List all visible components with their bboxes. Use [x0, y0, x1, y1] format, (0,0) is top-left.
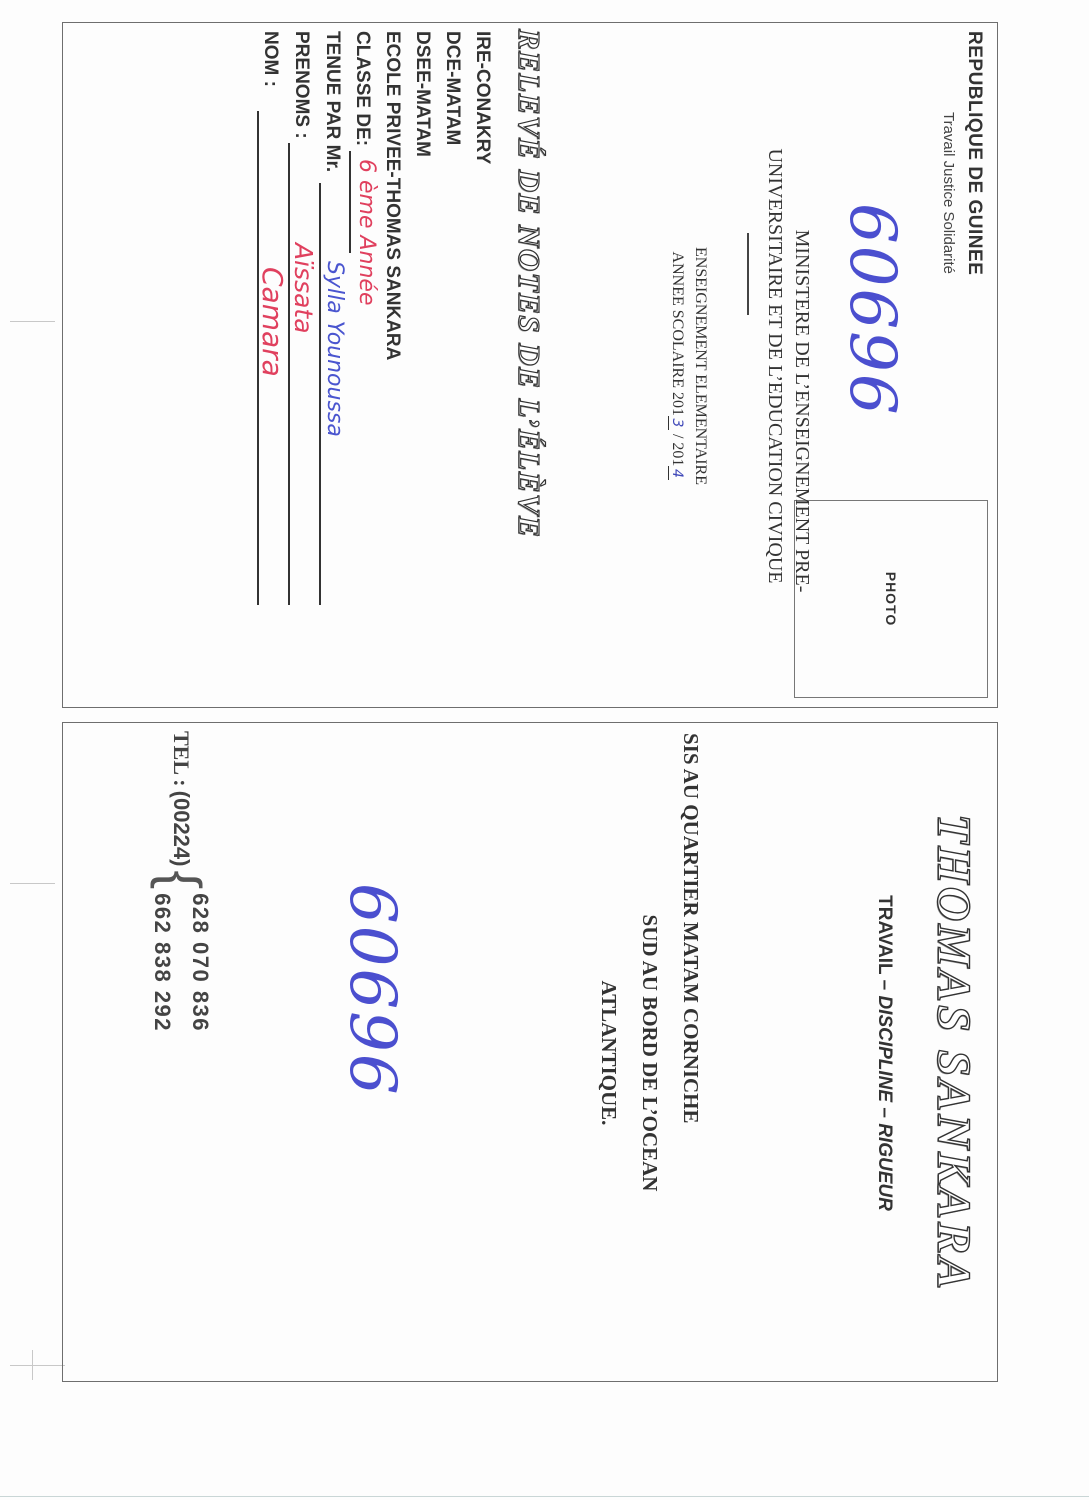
first-names-field: PRENOMS : Aïssata [290, 31, 312, 139]
class-field: CLASSE DE: 6 ème Année [351, 31, 373, 146]
school-year-end-field: 4 [668, 466, 685, 480]
class-label: CLASSE DE: [351, 31, 373, 146]
motto-rigor: RIGUEUR [874, 1123, 895, 1211]
crop-mark [32, 1350, 33, 1380]
teacher-underline [319, 183, 321, 605]
school-year-label: ANNEE SCOLAIRE 201 [669, 252, 686, 416]
school-year-separator: / 201 [669, 430, 686, 466]
phone-numbers: 628 070 836 662 838 292 [143, 893, 219, 1032]
last-name-value: Camara [256, 267, 289, 377]
back-cover-content: THOMAS SANKARA TRAVAIL – DISCIPLINE – RI… [63, 723, 999, 1383]
last-name-field: NOM : Camara [259, 31, 281, 87]
motto-dash: – [874, 1102, 895, 1123]
crop-mark [10, 883, 55, 884]
admin-school: ECOLE PRIVEE-THOMAS SANKARA [381, 31, 403, 360]
republic-motto: Travail Justice Solidarité [940, 112, 957, 274]
back-cover-panel: THOMAS SANKARA TRAVAIL – DISCIPLINE – RI… [62, 722, 998, 1382]
motto-work: TRAVAIL – [874, 895, 895, 995]
first-names-label: PRENOMS : [290, 31, 312, 139]
ministry-line-2: UNIVERSITAIRE ET DE L’EDUCATION CIVIQUE [763, 23, 786, 709]
motto-discipline: DISCIPLINE [874, 995, 895, 1102]
ministry-line-1: MINISTERE DE L’ENSEIGNEMENT PRE- [790, 23, 813, 709]
school-name: THOMAS SANKARA [926, 723, 981, 1383]
brace-icon: { [153, 870, 209, 889]
front-cover-panel: REPUBLIQUE DE GUINEE Travail Justice Sol… [62, 22, 998, 708]
first-names-value: Aïssata [289, 243, 318, 334]
admin-ire: IRE-CONAKRY [471, 31, 493, 164]
last-name-label: NOM : [259, 31, 281, 87]
photo-placeholder-box: PHOTO [794, 500, 988, 698]
school-year-start-field: 3 [668, 416, 685, 430]
contact-block: TEL : (00224) { 628 070 836 662 838 292 [143, 731, 219, 1032]
address-line-2: SUD AU BORD DE L’OCEAN [637, 723, 662, 1383]
admin-dce: DCE-MATAM [441, 31, 463, 145]
photo-label: PHOTO [883, 572, 899, 627]
school-motto: TRAVAIL – DISCIPLINE – RIGUEUR [873, 723, 895, 1383]
crop-mark [10, 1365, 65, 1366]
handwritten-serial-number: 60696 [335, 883, 409, 1097]
page-bottom-edge [0, 1496, 1089, 1497]
country-code: (00224) [168, 791, 194, 867]
teacher-field: TENUE PAR Mr. Sylla Younoussa [321, 31, 343, 172]
address-line-1: SIS AU QUARTIER MATAM CORNICHE [678, 723, 703, 1383]
phone-number: 662 838 292 [143, 893, 181, 1032]
class-value: 6 ème Année [354, 159, 379, 306]
phone-label: TEL : [168, 731, 194, 787]
education-level: ENSEIGNEMENT ELEMENTAIRE [691, 23, 709, 709]
phone-number: 628 070 836 [181, 893, 219, 1032]
handwritten-serial-number: 60696 [835, 203, 909, 417]
republic-title: REPUBLIQUE DE GUINEE [963, 31, 985, 275]
teacher-label: TENUE PAR Mr. [321, 31, 343, 172]
address-line-3: ATLANTIQUE. [596, 723, 621, 1383]
separator-line [747, 233, 749, 315]
crop-mark [10, 321, 55, 322]
school-year: ANNEE SCOLAIRE 2013 / 2014 [668, 23, 686, 709]
class-underline [349, 151, 351, 253]
teacher-value: Sylla Younoussa [322, 261, 347, 437]
document-title: RELEVÉ DE NOTES DE L’ÉLÈVE [511, 29, 547, 538]
front-cover-content: REPUBLIQUE DE GUINEE Travail Justice Sol… [63, 23, 999, 709]
admin-dsee: DSEE-MATAM [411, 31, 433, 157]
